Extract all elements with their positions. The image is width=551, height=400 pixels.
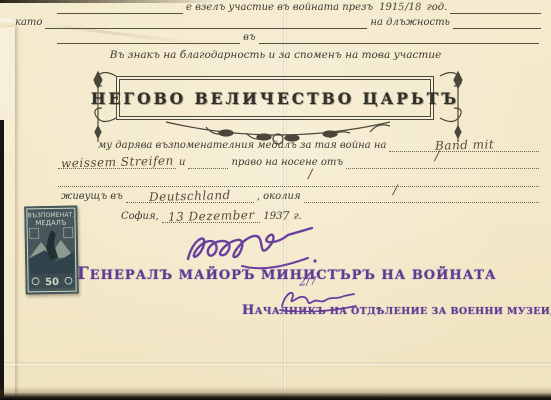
minister-title-initial: Г bbox=[77, 264, 90, 284]
duty-label: на длъжность bbox=[367, 16, 453, 29]
ribbon-hand-entry-2: weissem Streifen bbox=[60, 155, 173, 171]
paper-edge-left bbox=[0, 120, 4, 400]
district-label: , околия bbox=[254, 190, 304, 203]
blank-line: / bbox=[304, 190, 539, 203]
chief-title-text: АЧАЛНИКЪ НА ОТДѢЛЕНИЕ ЗА ВОЕННИ МУЗЕИ, П… bbox=[255, 306, 551, 317]
revenue-stamp: ВЪЗПОМЕНАТ. МЕДАЛЪ 50 bbox=[24, 206, 79, 295]
year-printed-mid: /1 bbox=[405, 1, 415, 14]
residence-hand-entry: Deutschland bbox=[149, 189, 231, 204]
grant-text: му дарява възпоменателния медалъ за тая … bbox=[95, 139, 389, 152]
slash-hand-mark: / bbox=[435, 150, 439, 163]
royal-title-block: НЕГОВО ВЕЛИЧЕСТВО ЦАРЬТЪ bbox=[86, 64, 470, 148]
war-participation-text: е взелъ участие въ войната презъ bbox=[183, 1, 376, 14]
minister-title: ГЕНЕРАЛЪ МАЙОРЪ МИНИСТЪРЪ НА ВОЙНАТА bbox=[77, 264, 497, 284]
paper-fold-horizontal bbox=[0, 362, 551, 367]
stamp-value: 50 bbox=[45, 277, 59, 288]
year-hand-entry-1: 5 bbox=[398, 1, 405, 14]
blank-line bbox=[57, 1, 183, 14]
in-label: въ bbox=[240, 31, 259, 44]
blank-line bbox=[259, 31, 539, 44]
stamp-text-line2: МЕДАЛЪ bbox=[36, 219, 67, 228]
blank-line bbox=[45, 16, 367, 29]
paper-edge-bottom bbox=[0, 386, 551, 400]
grant-line: му дарява възпоменателния медалъ за тая … bbox=[95, 139, 539, 152]
blank-line: / bbox=[58, 174, 539, 187]
and-label: и bbox=[176, 156, 188, 169]
war-years-line: е взелъ участие въ войната презъ 191 5 /… bbox=[57, 1, 541, 14]
residence-line: живущъ въ Deutschland , околия / bbox=[58, 190, 539, 203]
scanned-certificate: е взелъ участие въ войната презъ 191 5 /… bbox=[0, 0, 551, 400]
empty-dotted-line: / bbox=[58, 174, 539, 187]
wear-right-label: право на носене отъ bbox=[228, 156, 346, 169]
chief-title: НАЧАЛНИКЪ НА ОТДѢЛЕНИЕ ЗА ВОЕННИ МУЗЕИ, … bbox=[242, 303, 551, 318]
year-suffix: год. bbox=[424, 1, 451, 14]
year-printed: 191 bbox=[376, 1, 398, 14]
year-hand-entry-2: 8 bbox=[415, 1, 424, 14]
slash-hand-mark: / bbox=[393, 184, 397, 197]
wear-right-line: weissem Streifen и право на носене отъ / bbox=[58, 156, 539, 169]
minister-title-text: ЕНЕРАЛЪ МАЙОРЪ МИНИСТЪРЪ НА ВОЙНАТА bbox=[90, 268, 497, 283]
royal-title-text: НЕГОВО ВЕЛИЧЕСТВО ЦАРЬТЪ bbox=[91, 89, 459, 108]
dedication-text: Въ знакъ на благодарность и за споменъ н… bbox=[0, 49, 551, 61]
slash-hand-mark: / bbox=[308, 168, 312, 181]
blank-line bbox=[188, 156, 228, 169]
residence-entry-line: Deutschland bbox=[126, 190, 254, 203]
chief-title-initial: Н bbox=[242, 303, 255, 318]
ribbon-hand-entry-1: Band mit bbox=[434, 138, 494, 153]
resident-label: живущъ въ bbox=[58, 190, 126, 203]
unit-line: въ bbox=[57, 31, 539, 44]
blank-line bbox=[450, 1, 541, 14]
rank-line: като на длъжность bbox=[12, 16, 541, 29]
ribbon-entry-line: Band mit bbox=[389, 139, 539, 152]
ribbon-entry-line-2: weissem Streifen bbox=[58, 156, 176, 169]
blank-line bbox=[453, 16, 541, 29]
royal-title-frame: НЕГОВО ВЕЛИЧЕСТВО ЦАРЬТЪ bbox=[116, 76, 434, 120]
blank-line: / bbox=[346, 156, 539, 169]
kato-label: като bbox=[12, 16, 45, 29]
city-label: София, bbox=[118, 210, 162, 223]
blank-line bbox=[57, 31, 240, 44]
